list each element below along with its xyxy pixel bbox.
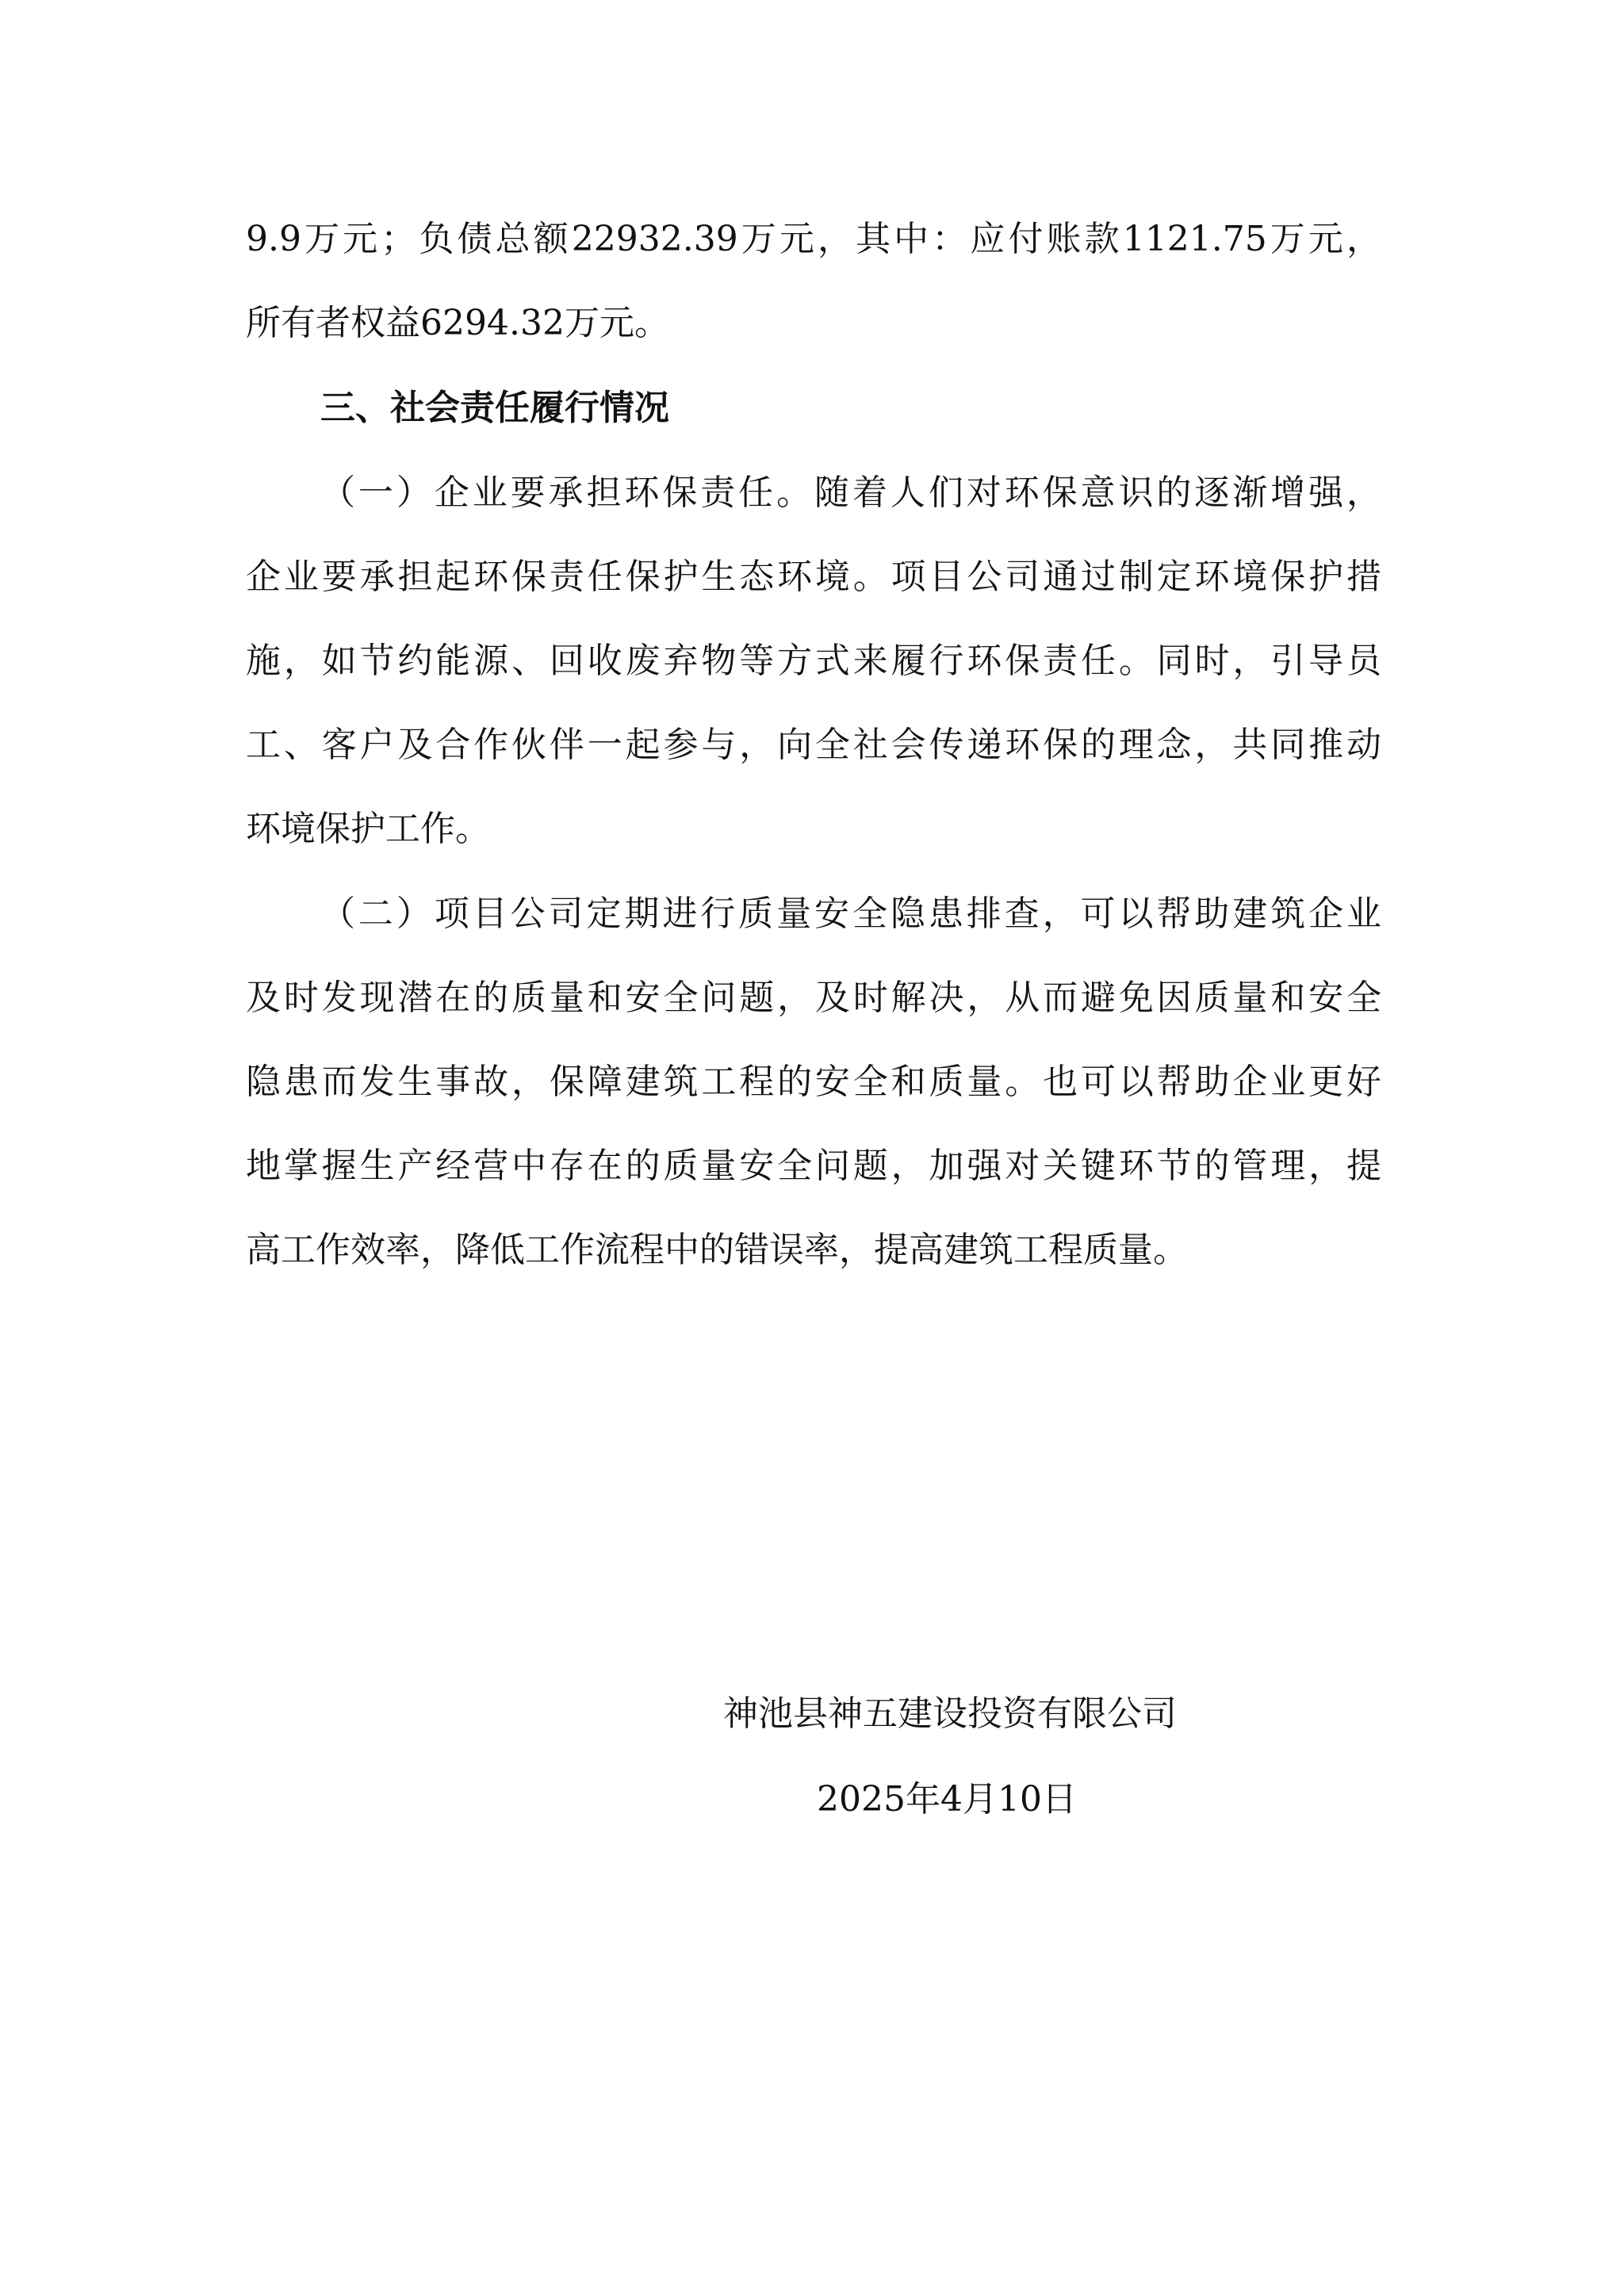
paragraph-line: （一）企业要承担环保责任。随着人们对环保意识的逐渐增强， <box>320 469 1381 517</box>
paragraph-line: 隐患而发生事故，保障建筑工程的安全和质量。也可以帮助企业更好 <box>246 1058 1381 1106</box>
paragraph-line: 环境保护工作。 <box>246 806 1381 853</box>
section-heading: 三、社会责任履行情况 <box>320 385 669 432</box>
paragraph-line: （二）项目公司定期进行质量安全隐患排查，可以帮助建筑企业 <box>320 890 1381 938</box>
paragraph-line: 及时发现潜在的质量和安全问题，及时解决，从而避免因质量和安全 <box>246 974 1381 1022</box>
paragraph-line: 企业要承担起环保责任保护生态环境。项目公司通过制定环境保护措 <box>246 553 1381 601</box>
signature-company: 神池县神五建设投资有限公司 <box>723 1690 1177 1738</box>
text-line: 所有者权益6294.32万元。 <box>246 300 1381 347</box>
signature-date: 2025年4月10日 <box>817 1776 1077 1823</box>
paragraph-line: 地掌握生产经营中存在的质量安全问题，加强对关键环节的管理，提 <box>246 1142 1381 1190</box>
paragraph-line: 工、客户及合作伙伴一起参与，向全社会传递环保的理念，共同推动 <box>246 721 1381 769</box>
paragraph-line: 高工作效率，降低工作流程中的错误率，提高建筑工程质量。 <box>246 1226 1381 1274</box>
text-line: 9.9万元；负债总额22932.39万元，其中：应付账款1121.75万元， <box>246 216 1381 263</box>
paragraph-line: 施，如节约能源、回收废弃物等方式来履行环保责任。同时，引导员 <box>246 637 1381 685</box>
